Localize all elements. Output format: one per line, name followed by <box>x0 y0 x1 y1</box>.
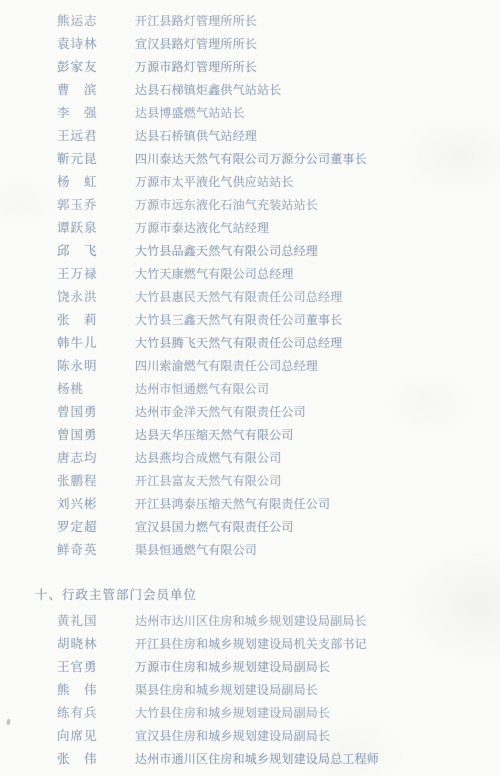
person-name: 王万禄 <box>57 263 135 286</box>
section-heading: 十、行政主管部门会员单位 <box>35 584 500 607</box>
person-name: 陈永明 <box>57 355 135 378</box>
list-item: 向席见宣汉县住房和城乡规划建设局副局长 <box>0 725 500 748</box>
list-item: 邱 飞大竹县品鑫天然气有限公司总经理 <box>0 240 500 263</box>
list-item: 陈永明四川索渝燃气有限责任公司总经理 <box>0 355 500 378</box>
person-title: 大竹县住房和城乡规划建设局副局长 <box>135 702 330 725</box>
person-name: 练有兵 <box>57 702 135 725</box>
person-name: 杨 虹 <box>57 171 135 194</box>
person-name: 刘兴彬 <box>57 493 135 516</box>
person-name: 罗定超 <box>57 516 135 539</box>
person-title: 大竹天康燃气有限公司总经理 <box>135 263 294 286</box>
person-title: 四川索渝燃气有限责任公司总经理 <box>135 355 318 378</box>
person-name: 鲜奇英 <box>57 539 135 562</box>
person-title: 达州市达川区住房和城乡规划建设局副局长 <box>135 610 367 633</box>
list-item: 练有兵大竹县住房和城乡规划建设局副局长 <box>0 702 500 725</box>
person-name: 饶永洪 <box>57 286 135 309</box>
person-name: 王官勇 <box>57 656 135 679</box>
list-item: 韩牛儿大竹县腾飞天然气有限责任公司总经理 <box>0 332 500 355</box>
list-item: 刘兴彬开江县鸿泰压缩天然气有限责任公司 <box>0 493 500 516</box>
person-title: 万源市太平液化气供应站站长 <box>135 171 294 194</box>
person-title: 大竹县腾飞天然气有限责任公司总经理 <box>135 332 342 355</box>
person-title: 宣汉县国力燃气有限责任公司 <box>135 516 294 539</box>
person-title: 大竹县三鑫天然气有限责任公司董事长 <box>135 309 342 332</box>
person-title: 开江县住房和城乡规划建设局机关支部书记 <box>135 633 367 656</box>
list-item: 杨桃达州市恒通燃气有限公司 <box>0 378 500 401</box>
scanned-document-page: 熊运志开江县路灯管理所所长袁诗林宣汉县路灯管理所所长彭家友万源市路灯管理所所长曹… <box>0 0 500 776</box>
person-name: 张鹏程 <box>57 470 135 493</box>
authority-member-list: 黄礼国达州市达川区住房和城乡规划建设局副局长胡晓林开江县住房和城乡规划建设局机关… <box>0 610 500 771</box>
person-title: 宣汉县住房和城乡规划建设局副局长 <box>135 725 330 748</box>
person-title: 达州市金洋天然气有限责任公司 <box>135 401 306 424</box>
person-name: 靳元昆 <box>57 148 135 171</box>
person-title: 达县燕均合成燃气有限公司 <box>135 447 281 470</box>
list-item: 王远君达县石桥镇供气站经理 <box>0 125 500 148</box>
person-name: 向席见 <box>57 725 135 748</box>
list-item: 张鹏程开江县富友天然气有限公司 <box>0 470 500 493</box>
list-item: 郭玉乔万源市远东液化石油气充装站站长 <box>0 194 500 217</box>
list-item: 罗定超宣汉县国力燃气有限责任公司 <box>0 516 500 539</box>
person-name: 袁诗林 <box>57 33 135 56</box>
list-item: 杨 虹万源市太平液化气供应站站长 <box>0 171 500 194</box>
list-item: 曾国勇达县天华压缩天然气有限公司 <box>0 424 500 447</box>
person-title: 四川泰达天然气有限公司万源分公司董事长 <box>135 148 367 171</box>
list-item: 张 莉大竹县三鑫天然气有限责任公司董事长 <box>0 309 500 332</box>
person-title: 达县天华压缩天然气有限公司 <box>135 424 294 447</box>
list-item: 唐志均达县燕均合成燃气有限公司 <box>0 447 500 470</box>
person-name: 郭玉乔 <box>57 194 135 217</box>
list-item: 王官勇万源市住房和城乡规划建设局副局长 <box>0 656 500 679</box>
list-item: 李 强达县博盛燃气站站长 <box>0 102 500 125</box>
person-name: 曾国勇 <box>57 401 135 424</box>
person-name: 黄礼国 <box>57 610 135 633</box>
person-title: 开江县鸿泰压缩天然气有限责任公司 <box>135 493 330 516</box>
person-name: 曹 滨 <box>57 79 135 102</box>
person-name: 张 伟 <box>57 748 135 771</box>
list-item: 黄礼国达州市达川区住房和城乡规划建设局副局长 <box>0 610 500 633</box>
person-name: 谭跃泉 <box>57 217 135 240</box>
person-title: 渠县住房和城乡规划建设局副局长 <box>135 679 318 702</box>
list-item: 袁诗林宣汉县路灯管理所所长 <box>0 33 500 56</box>
person-title: 达县石梯镇炬鑫供气站站长 <box>135 79 281 102</box>
list-item: 曹 滨达县石梯镇炬鑫供气站站长 <box>0 79 500 102</box>
person-name: 胡晓林 <box>57 633 135 656</box>
person-name: 杨桃 <box>57 378 135 401</box>
person-title: 万源市泰达液化气站经理 <box>135 217 269 240</box>
member-list: 熊运志开江县路灯管理所所长袁诗林宣汉县路灯管理所所长彭家友万源市路灯管理所所长曹… <box>0 0 500 562</box>
list-item: 彭家友万源市路灯管理所所长 <box>0 56 500 79</box>
person-name: 张 莉 <box>57 309 135 332</box>
person-name: 王远君 <box>57 125 135 148</box>
list-item: 鲜奇英渠县恒通燃气有限公司 <box>0 539 500 562</box>
list-item: 熊 伟渠县住房和城乡规划建设局副局长 <box>0 679 500 702</box>
person-name: 唐志均 <box>57 447 135 470</box>
list-item: 张 伟达州市通川区住房和城乡规划建设局总工程师 <box>0 748 500 771</box>
list-item: 谭跃泉万源市泰达液化气站经理 <box>0 217 500 240</box>
person-title: 万源市路灯管理所所长 <box>135 56 257 79</box>
person-title: 宣汉县路灯管理所所长 <box>135 33 257 56</box>
person-title: 达州市通川区住房和城乡规划建设局总工程师 <box>135 748 379 771</box>
person-name: 邱 飞 <box>57 240 135 263</box>
list-item: 胡晓林开江县住房和城乡规划建设局机关支部书记 <box>0 633 500 656</box>
person-title: 大竹县惠民天然气有限责任公司总经理 <box>135 286 342 309</box>
person-name: 熊运志 <box>57 10 135 33</box>
list-item: 饶永洪大竹县惠民天然气有限责任公司总经理 <box>0 286 500 309</box>
person-name: 熊 伟 <box>57 679 135 702</box>
list-item: 靳元昆四川泰达天然气有限公司万源分公司董事长 <box>0 148 500 171</box>
person-title: 开江县路灯管理所所长 <box>135 10 257 33</box>
person-title: 万源市远东液化石油气充装站站长 <box>135 194 318 217</box>
person-name: 曾国勇 <box>57 424 135 447</box>
person-name: 李 强 <box>57 102 135 125</box>
person-title: 大竹县品鑫天然气有限公司总经理 <box>135 240 318 263</box>
person-title: 开江县富友天然气有限公司 <box>135 470 281 493</box>
person-title: 达州市恒通燃气有限公司 <box>135 378 269 401</box>
list-item: 熊运志开江县路灯管理所所长 <box>0 10 500 33</box>
list-item: 曾国勇达州市金洋天然气有限责任公司 <box>0 401 500 424</box>
person-title: 达县石桥镇供气站经理 <box>135 125 257 148</box>
person-title: 万源市住房和城乡规划建设局副局长 <box>135 656 330 679</box>
person-name: 韩牛儿 <box>57 332 135 355</box>
person-name: 彭家友 <box>57 56 135 79</box>
list-item: 王万禄大竹天康燃气有限公司总经理 <box>0 263 500 286</box>
person-title: 渠县恒通燃气有限公司 <box>135 539 257 562</box>
person-title: 达县博盛燃气站站长 <box>135 102 245 125</box>
